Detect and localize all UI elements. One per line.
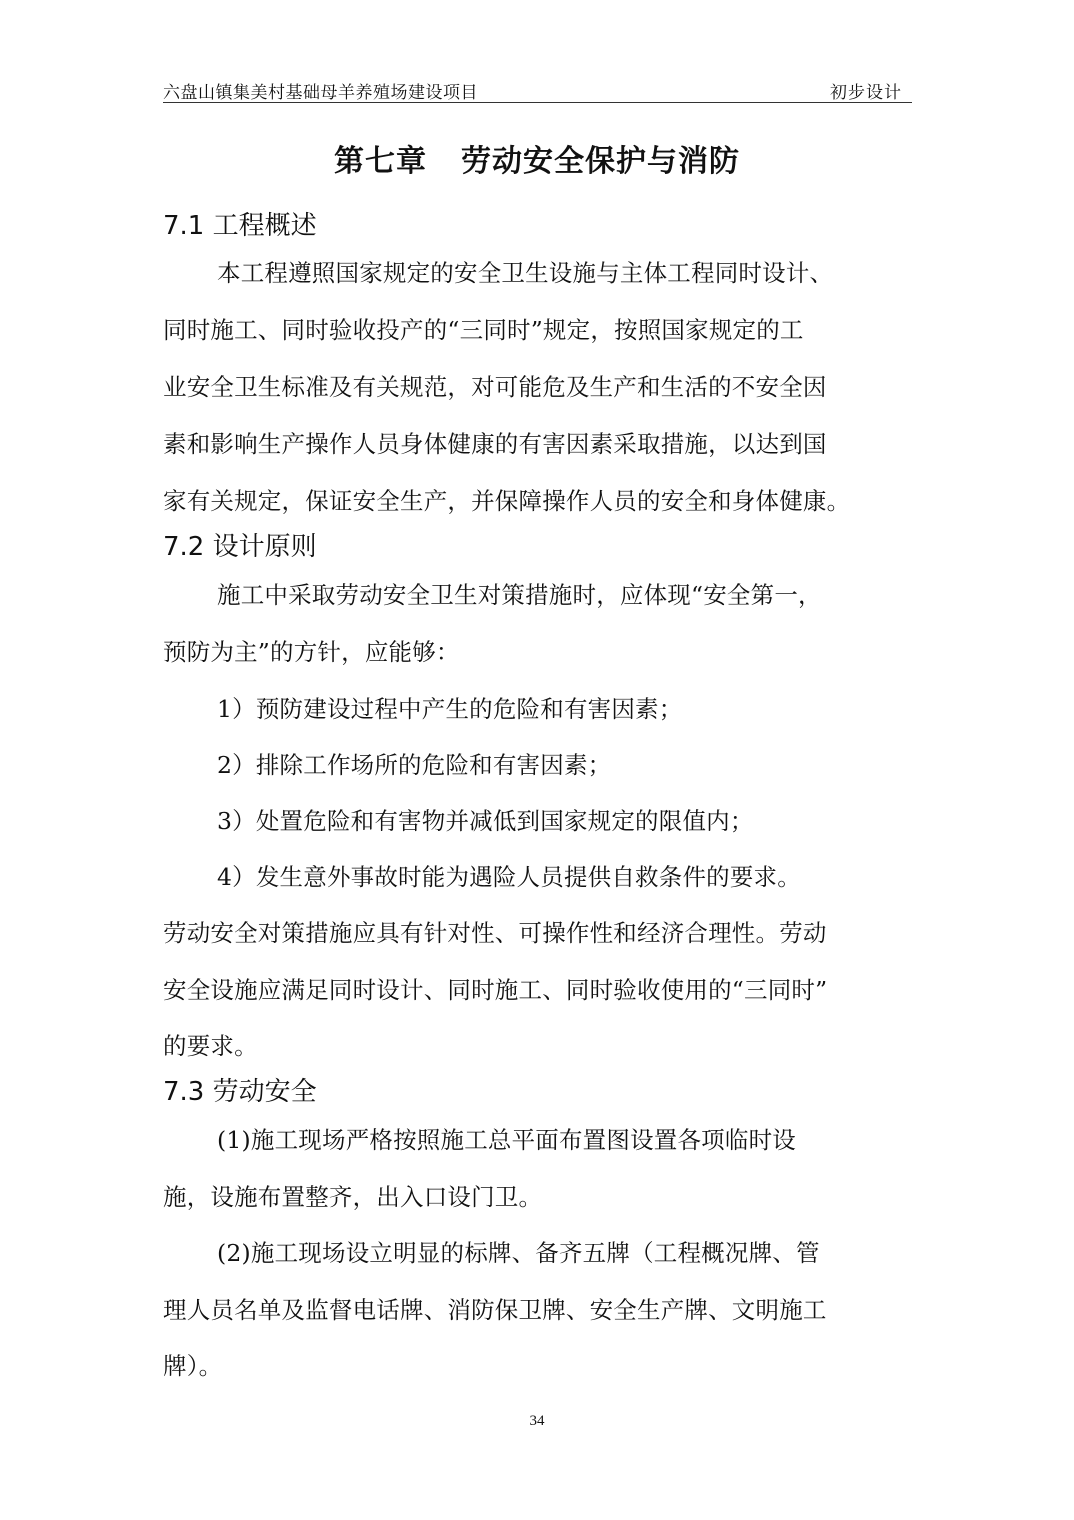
paragraph-line: 的要求。 xyxy=(163,1027,913,1061)
paragraph-line: 素和影响生产操作人员身体健康的有害因素采取措施，以达到国 xyxy=(163,425,913,459)
design-stage: 初步设计 xyxy=(830,78,902,103)
chapter-number: 第七章 xyxy=(334,144,427,179)
paragraph-line: 业安全卫生标准及有关规范，对可能危及生产和生活的不安全因 xyxy=(163,368,913,402)
paragraph-line: 安全设施应满足同时设计、同时施工、同时验收使用的“三同时” xyxy=(163,971,913,1005)
section-heading-7-2: 7.2 设计原则 xyxy=(163,526,317,563)
paragraph-line: 本工程遵照国家规定的安全卫生设施与主体工程同时设计、 xyxy=(217,254,967,288)
paragraph-line: 预防为主”的方针，应能够： xyxy=(163,633,913,667)
page-number: 34 xyxy=(0,1413,1074,1430)
project-title: 六盘山镇集美村基础母羊养殖场建设项目 xyxy=(163,78,478,103)
list-item: 1）预防建设过程中产生的危险和有害因素； xyxy=(217,690,967,724)
list-item: 4）发生意外事故时能为遇险人员提供自救条件的要求。 xyxy=(217,858,967,892)
chapter-name: 劳动安全保护与消防 xyxy=(461,144,740,179)
running-header: 六盘山镇集美村基础母羊养殖场建设项目 初步设计 xyxy=(163,76,912,103)
paragraph-line: 牌）。 xyxy=(163,1347,913,1381)
section-heading-7-3: 7.3 劳动安全 xyxy=(163,1071,317,1108)
paragraph-line: 劳动安全对策措施应具有针对性、可操作性和经济合理性。劳动 xyxy=(163,914,913,948)
section-heading-7-1: 7.1 工程概述 xyxy=(163,205,317,242)
paragraph-line: 同时施工、同时验收投产的“三同时”规定，按照国家规定的工 xyxy=(163,311,913,345)
list-item: 2）排除工作场所的危险和有害因素； xyxy=(217,746,967,780)
paragraph-line: 家有关规定，保证安全生产，并保障操作人员的安全和身体健康。 xyxy=(163,482,913,516)
paragraph-line: 施工中采取劳动安全卫生对策措施时，应体现“安全第一， xyxy=(217,576,967,610)
list-item: 3）处置危险和有害物并减低到国家规定的限值内； xyxy=(217,802,967,836)
paragraph-line: (1)施工现场严格按照施工总平面布置图设置各项临时设 xyxy=(217,1121,967,1155)
paragraph-line: 施，设施布置整齐，出入口设门卫。 xyxy=(163,1178,913,1212)
chapter-title: 第七章劳动安全保护与消防 xyxy=(0,136,1074,180)
paragraph-line: (2)施工现场设立明显的标牌、备齐五牌（工程概况牌、管 xyxy=(217,1234,967,1268)
paragraph-line: 理人员名单及监督电话牌、消防保卫牌、安全生产牌、文明施工 xyxy=(163,1291,913,1325)
